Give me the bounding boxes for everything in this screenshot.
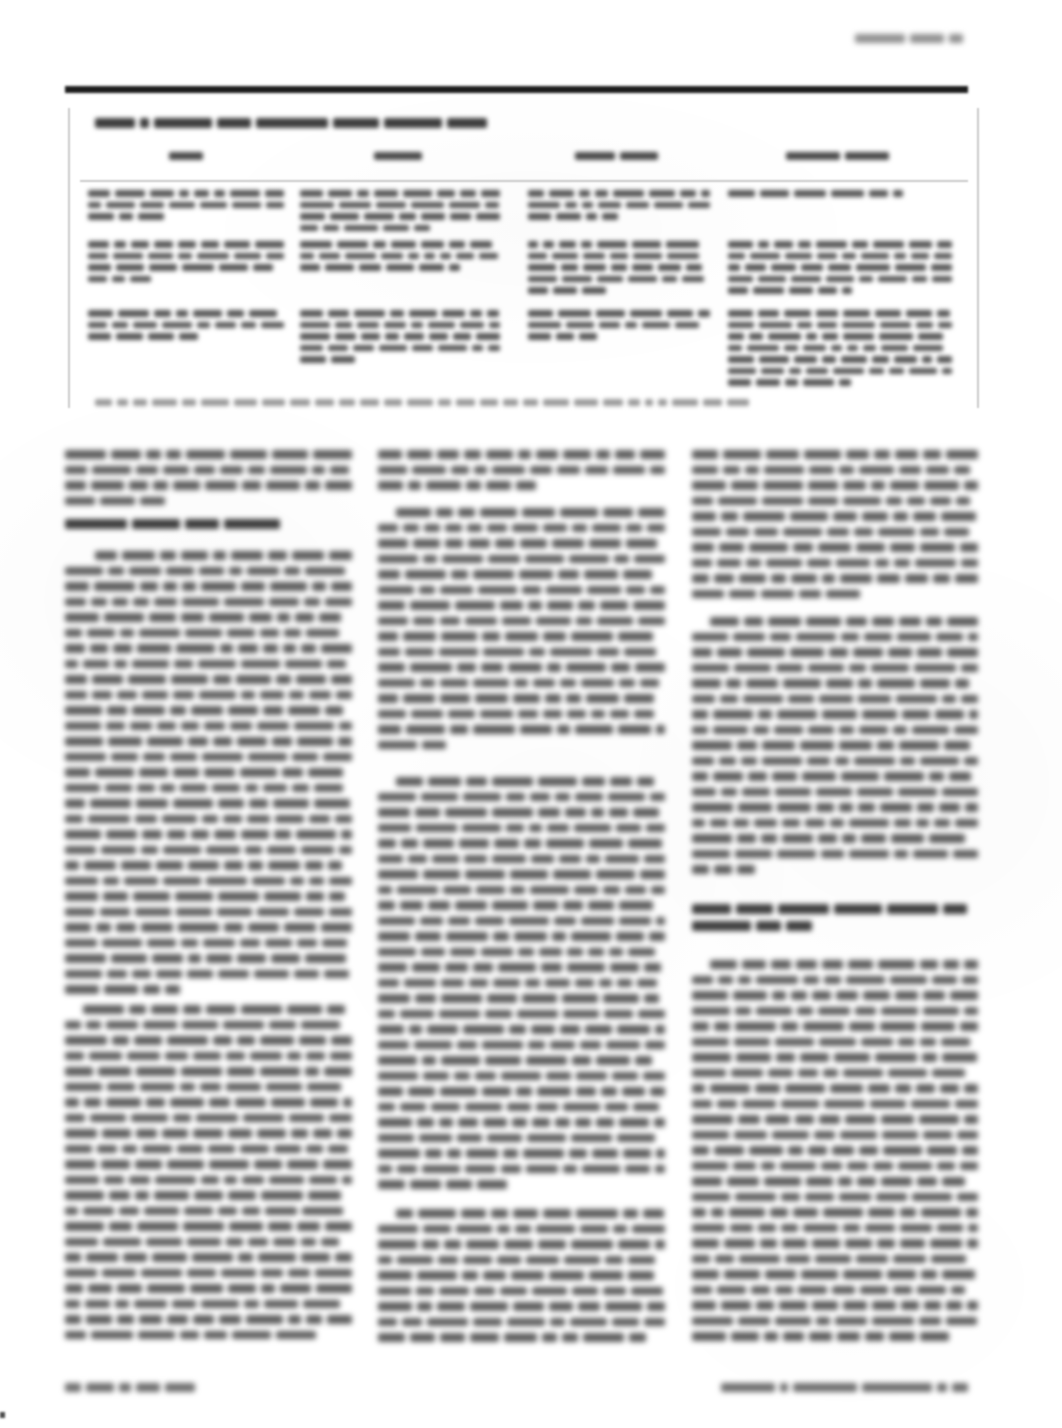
table-cell-r3c3 (528, 310, 710, 345)
table-cell-r1c1 (88, 190, 284, 225)
table-cell-r1c3 (528, 190, 710, 225)
body-col1-paragraph-3 (65, 1005, 352, 1346)
body-col3-paragraph-3 (692, 960, 978, 1348)
table-cell-r3c1 (88, 310, 284, 345)
body-col1-section-heading (65, 519, 352, 535)
table-column-header-1 (88, 152, 288, 163)
table-cell-r2c3 (528, 241, 710, 299)
table-cell-r2c1 (88, 241, 284, 287)
table-cell-r2c2 (300, 241, 500, 276)
body-col2-paragraph-2 (378, 508, 665, 756)
table-column-header-4 (728, 152, 952, 163)
footer-journal-info (713, 1383, 973, 1395)
top-rule (65, 86, 968, 93)
table-column-header-3 (528, 152, 710, 163)
table-cell-r1c2 (300, 190, 500, 236)
body-col3-section-heading (692, 904, 978, 938)
body-col2-paragraph-1 (378, 450, 665, 497)
table-caption (95, 118, 515, 132)
body-col1-paragraph-2 (65, 551, 352, 1001)
body-col1-paragraph-1 (65, 450, 352, 512)
table-cell-r3c4 (728, 310, 952, 391)
table-left-frame-line (68, 108, 70, 408)
table-right-frame-line (977, 108, 979, 408)
footer-volume-info (65, 1383, 235, 1395)
body-col2-paragraph-3 (378, 777, 665, 1196)
table-footnote (95, 399, 760, 409)
table-cell-r1c4 (728, 190, 952, 202)
body-col3-paragraph-2 (692, 617, 978, 881)
body-col3-paragraph-1 (692, 450, 978, 605)
scanned-page (0, 0, 1062, 1428)
table-cell-r3c2 (300, 310, 500, 368)
table-column-header-2 (300, 152, 500, 163)
body-col2-paragraph-4 (378, 1209, 665, 1349)
scan-artifact (0, 1412, 5, 1418)
table-header-underline (80, 180, 968, 182)
running-head (818, 34, 968, 46)
table-cell-r2c4 (728, 241, 952, 299)
